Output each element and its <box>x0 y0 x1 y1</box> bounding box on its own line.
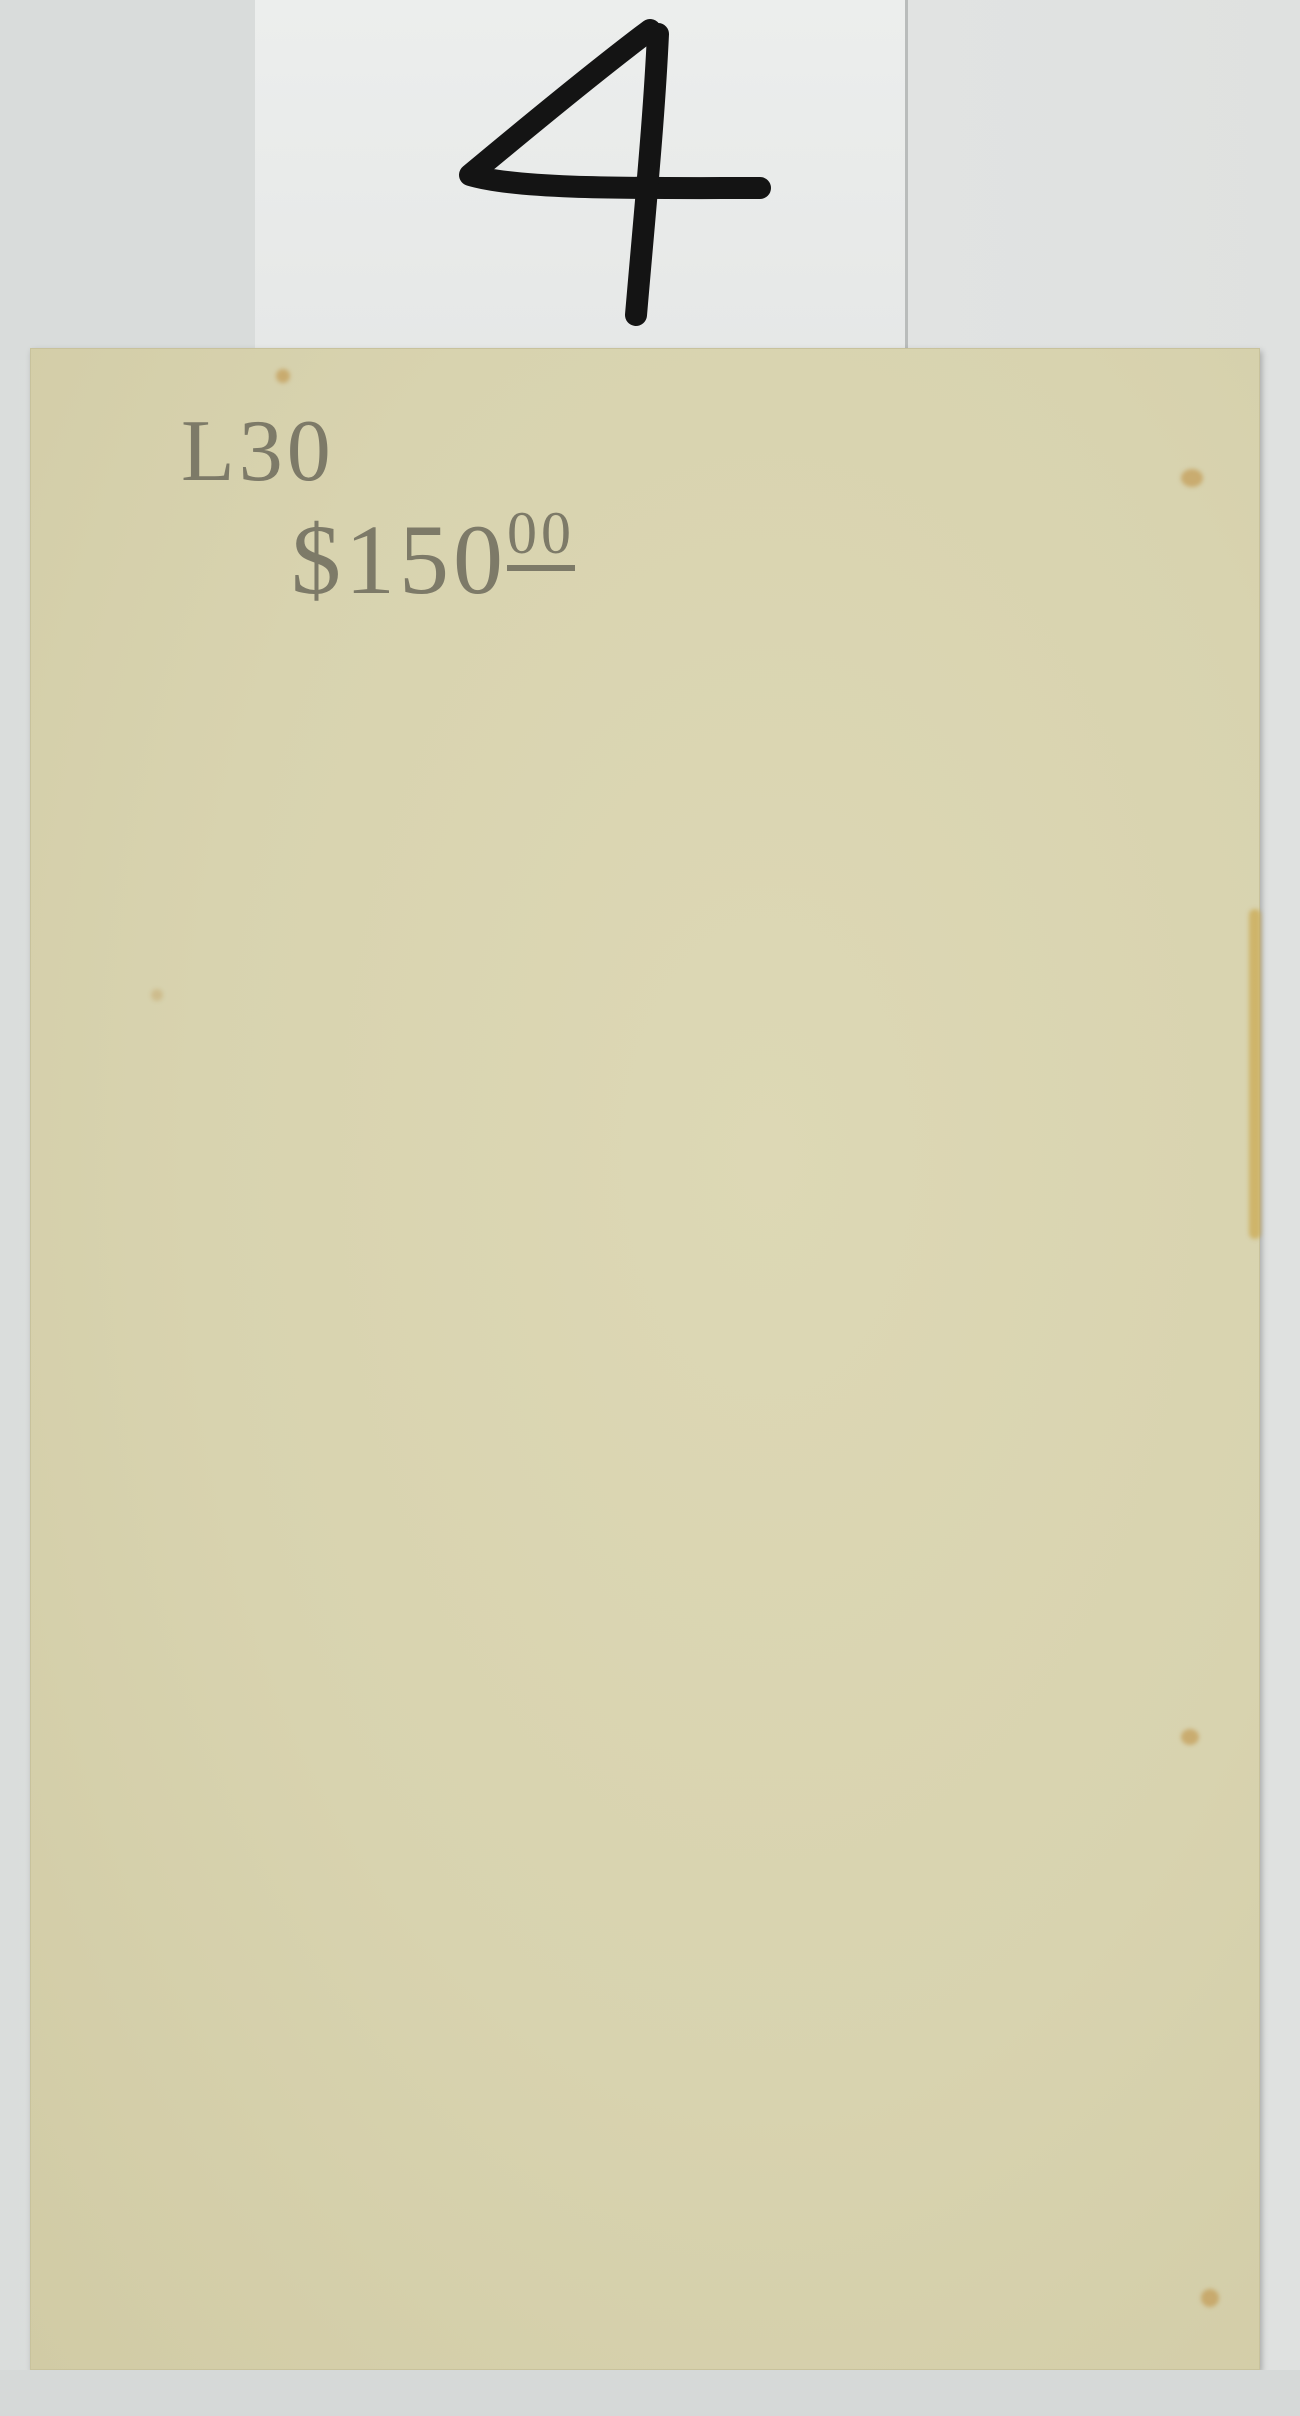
marker-number-4 <box>440 10 800 330</box>
foxing-stain <box>151 989 163 1001</box>
price-dollars: $150 <box>291 504 507 615</box>
foxing-stain <box>1249 909 1261 1239</box>
table-surface <box>0 2370 1300 2416</box>
pencil-lot-code: L30 <box>181 401 335 502</box>
card-back: L30 $15000 <box>30 348 1260 2370</box>
foxing-stain <box>1181 469 1203 487</box>
foxing-stain <box>1181 1729 1199 1745</box>
foxing-stain <box>276 369 290 383</box>
price-cents: 00 <box>507 500 575 566</box>
pencil-price: $15000 <box>291 499 575 617</box>
backdrop <box>0 0 260 360</box>
foxing-stain <box>1201 2289 1219 2307</box>
